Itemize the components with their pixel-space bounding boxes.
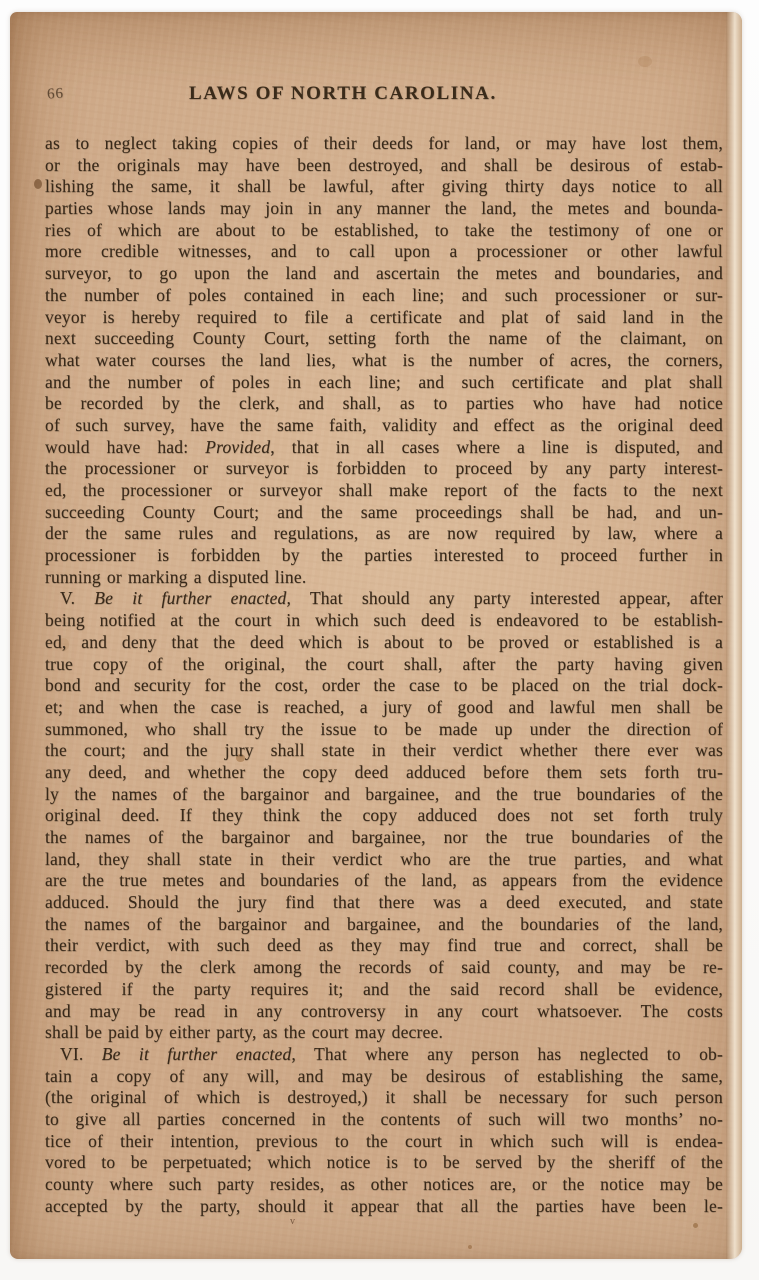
text-line: true copy of the original, the court sha… (45, 654, 723, 676)
text-line: succeeding County Court; and the same pr… (45, 502, 723, 524)
text-line: what water courses the land lies, what i… (45, 350, 723, 372)
page-fore-edge (726, 12, 742, 1259)
text-line: recorded by the clerk among the records … (45, 957, 723, 979)
text-line: more credible witnesses, and to call upo… (45, 241, 723, 263)
text-line: der the same rules and regulations, as a… (45, 523, 723, 545)
foxing-stain (693, 1223, 698, 1228)
text-line: and the number of poles in each line; an… (45, 372, 723, 394)
text-line: the number of poles contained in each li… (45, 285, 723, 307)
text-line: veyor is hereby required to file a certi… (45, 307, 723, 329)
text-line: or the originals may have been destroyed… (45, 155, 723, 177)
text-line: ed, the processioner or surveyor shall m… (45, 480, 723, 502)
text-line: bond and security for the cost, order th… (45, 675, 723, 697)
text-line: be recorded by the clerk, and shall, as … (45, 393, 723, 415)
foxing-stain (468, 1245, 472, 1249)
text-line: land, they shall state in their verdict … (45, 849, 723, 871)
ink-speck (34, 179, 42, 189)
text-block: 66 LAWS OF NORTH CAROLINA. as to neglect… (45, 83, 723, 1217)
text-line: ed, and deny that the deed which is abou… (45, 632, 723, 654)
page-number: 66 (47, 86, 65, 104)
text-line: accepted by the party, should it appear … (45, 1196, 723, 1218)
page-title: LAWS OF NORTH CAROLINA. (189, 83, 497, 105)
foxing-stain (638, 56, 652, 67)
page-body: as to neglect taking copies of their dee… (45, 133, 723, 1217)
text-line: would have had: Provided, that in all ca… (45, 437, 723, 459)
text-line: and may be read in any controversy in an… (45, 1001, 723, 1023)
text-line: any deed, and whether the copy deed addu… (45, 762, 723, 784)
text-line: tice of their intention, previous to the… (45, 1131, 723, 1153)
text-line: VI. Be it further enacted, That where an… (45, 1044, 723, 1066)
text-line: processioner is forbidden by the parties… (45, 545, 723, 567)
text-line: gistered if the party requires it; and t… (45, 979, 723, 1001)
text-line: of such survey, have the same faith, val… (45, 415, 723, 437)
text-line: the names of the bargainor and bargainee… (45, 827, 723, 849)
scanned-page-photo: 66 LAWS OF NORTH CAROLINA. as to neglect… (0, 0, 759, 1280)
text-line: their verdict, with such deed as they ma… (45, 935, 723, 957)
text-line: et; and when the case is reached, a jury… (45, 697, 723, 719)
text-line: to give all parties concerned in the con… (45, 1109, 723, 1131)
text-line: shall be paid by either party, as the co… (45, 1022, 723, 1044)
text-line: adduced. Should the jury find that there… (45, 892, 723, 914)
text-line: county where such party resides, as othe… (45, 1174, 723, 1196)
text-line: next succeeding County Court, setting fo… (45, 328, 723, 350)
text-line: as to neglect taking copies of their dee… (45, 133, 723, 155)
text-line: surveyor, to go upon the land and ascert… (45, 263, 723, 285)
text-line: being notified at the court in which suc… (45, 610, 723, 632)
text-line: ly the names of the bargainor and bargai… (45, 784, 723, 806)
text-line: V. Be it further enacted, That should an… (45, 588, 723, 610)
text-line: parties whose lands may join in any mann… (45, 198, 723, 220)
text-line: vored to be perpetuated; which notice is… (45, 1152, 723, 1174)
text-line: ries of which are about to be establishe… (45, 220, 723, 242)
text-line: lishing the same, it shall be lawful, af… (45, 176, 723, 198)
text-line: the court; and the jury shall state in t… (45, 740, 723, 762)
text-line: original deed. If they think the copy ad… (45, 805, 723, 827)
text-line: summoned, who shall try the issue to be … (45, 719, 723, 741)
text-line: (the original of which is destroyed,) it… (45, 1087, 723, 1109)
text-line: the processioner or surveyor is forbidde… (45, 458, 723, 480)
running-header: 66 LAWS OF NORTH CAROLINA. (45, 83, 723, 107)
text-line: tain a copy of any will, and may be desi… (45, 1066, 723, 1088)
printer-mark: v (290, 1216, 295, 1227)
text-line: running or marking a disputed line. (45, 567, 723, 589)
text-line: are the true metes and boundaries of the… (45, 870, 723, 892)
text-line: the names of the bargainor and bargainee… (45, 914, 723, 936)
